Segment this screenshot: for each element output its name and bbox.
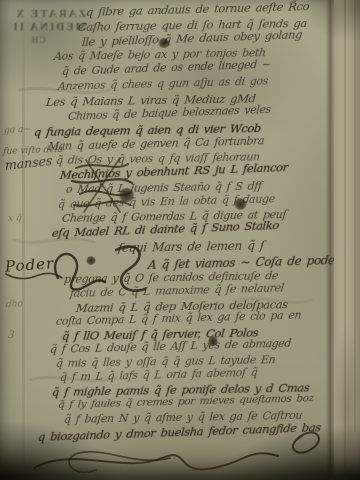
ink-blot bbox=[86, 256, 96, 265]
paper-crease bbox=[22, 0, 25, 480]
stamp-line: ZARATE X bbox=[0, 8, 86, 21]
bleedthrough-stamp: ZARATE X MEDINA II CH bbox=[0, 8, 86, 47]
margin-note: 3 bbox=[7, 330, 15, 341]
manuscript-photo: ZARATE X MEDINA II CH q ſibre ga andauis… bbox=[0, 0, 360, 480]
poder-annotation: Poder bbox=[4, 254, 54, 275]
manuscript-line: ſequi Mars de lemen q̃ ſ bbox=[117, 238, 265, 255]
margin-note: dho bbox=[6, 299, 24, 310]
ink-blot bbox=[118, 188, 135, 202]
manuscript-page: ZARATE X MEDINA II CH q ſibre ga andauis… bbox=[0, 0, 360, 480]
paper-crease bbox=[344, 0, 346, 480]
adjoining-page-edge bbox=[334, 0, 360, 480]
page-fold bbox=[326, 0, 334, 480]
ink-blot bbox=[208, 336, 218, 346]
paper-crease bbox=[354, 0, 356, 432]
stamp-line: CH bbox=[0, 34, 86, 47]
margin-note: x q̃ bbox=[8, 214, 22, 225]
ink-blot bbox=[158, 38, 170, 48]
margin-note: ga a~ bbox=[4, 125, 31, 136]
ink-blot bbox=[234, 198, 247, 210]
manuscript-line: Anzemos q̃ chees q gun aſju as di gos bbox=[57, 74, 268, 93]
stamp-line: MEDINA II bbox=[0, 21, 86, 34]
